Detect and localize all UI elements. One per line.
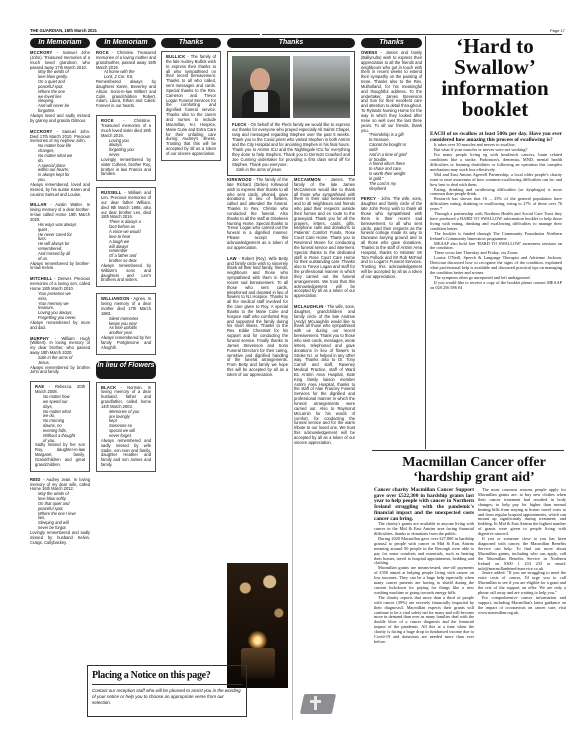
notice-signature: Always loved and sadly missed by granny … [30,114,90,124]
placing-notice-box: Placing a Notice on this page? Contact o… [87,665,247,717]
article-paragraph: Janice added: "If you are struggling to … [478,571,566,596]
notice-signature: Always remembered by brother John and fa… [30,366,90,376]
section-divider [372,450,564,451]
top-rule [30,34,260,35]
notice-body: MURPHY - William Hugh (Wilbert). In lovi… [30,337,90,356]
article-headline-macmillan: Macmillan Cancer offer ‘hardship grant a… [374,455,574,485]
article-paragraph: The charity reports that more than a thi… [374,596,474,645]
article-headline-hard-to-swallow: ‘Hard to Swallow’ information booklet [430,36,560,120]
notice-entry: WILLIAMSON - Agnes. In loving memory of … [96,293,156,354]
notice-text: - The wife, sons, daughter, grandchildre… [294,304,355,445]
notice-verse: Memories of youare lovinglykeptSomeone s… [101,410,151,439]
notice-verse: "Friendship is a giftto treasure,Cannot … [361,133,422,191]
article-paragraph: Macmillan grants are means-tested, one-o… [374,566,474,595]
section-header-thanks: Thanks [361,38,422,48]
notice-entry: MITCHELL - Denver. Precious memories of … [30,277,90,330]
notice-text: - James and family (Ballynulto) wish to … [361,50,422,133]
verse-line: shepherd [369,187,422,192]
article-hard-to-swallow: EACH of us swallow at least 500x per day… [430,132,562,291]
article-paragraph: Through a partnership with Northern Heal… [430,212,562,232]
masthead: THE GUARDIAN, 18th March 2021 [30,28,260,33]
notice-body: LAW - Robert (Roy). Wife Betty and famil… [227,257,288,378]
notice-entry: LAW - Robert (Roy). Wife Betty and famil… [227,257,288,378]
notice-body: ROCK - Christine. Treasured memories of … [96,51,156,70]
notice-body: REID - Audrey Jean. In loving memory of … [30,478,90,493]
column-divider [292,180,293,720]
notice-body: ROCK - Christine. Treasured memories of … [101,119,151,138]
notice-text: - On behalf of the Fleck family we would… [232,122,350,167]
thanks-column-1: ThanksBULLICK - The family of the late A… [161,38,221,167]
notice-body: PERCY - John. The wife, sons, daughter a… [361,197,422,279]
notice-body: BLACK - Norman. In loving memory of a de… [101,386,151,410]
section-header-thanks: Thanks [161,38,221,48]
notice-body: MCCAMMON - James. The family of the late… [294,178,355,299]
notice-body: OWENS - James and family (Ballynulto) wi… [361,51,422,133]
notice-body: BULLICK - The family of the late Audrey … [166,55,216,157]
article-paragraph: Research has shown that 16 – 23% of the … [430,197,562,212]
notice-text: Contact our reception staff who will be … [92,688,242,706]
notice-signature: Lovingly remembered and sadly missed by … [30,531,90,546]
notice-body: MCLAUGHLIN - The wife, sons, daughter, g… [294,305,355,445]
notice-body: WILLIAMSON - Agnes. In loving memory of … [101,297,151,316]
notice-signature: Always remembered by brother-in-law Kelv… [30,262,90,272]
notice-signature: Always remembered by her family Portglen… [101,336,151,351]
bible-icon [298,690,338,718]
notice-signature: Always remembered by William's sons and … [101,264,151,283]
article-paragraph: During 2020 Macmillan gave over £27,800 … [374,537,474,566]
notice-verse: No matter howwe spend ourdays,No matter … [35,395,85,443]
page-number: Page 17 [550,28,565,33]
notice-text: - The family of the late Richard (Dickie… [227,177,288,250]
notice-signature: Always remembered by mum and dad. [30,321,90,331]
article-paragraph: The most common reasons people apply for… [478,488,566,537]
notice-verse: Silent memorieskeeps you nearAs time unf… [101,317,151,336]
notice-signature: Always remembered, loved and missed, by … [30,183,90,198]
article-paragraph: If you or someone close to you has been … [478,537,566,571]
photo-man-portrait [232,56,290,118]
notice-signature: Always remembered and sadly missed by wi… [101,439,151,468]
thanks-column-3: MCCAMMON - James. The family of the late… [294,178,355,452]
notice-title: Placing a Notice on this page? [92,670,242,681]
article-paragraph: The charity's grants are available to an… [374,522,474,537]
notice-body: MCCRORY - Samuel John (John). Treasured … [30,51,90,70]
notice-text: - John. The wife, sons, daughter and fam… [361,196,422,279]
notice-entry: RUSSELL - William and Len. Precious memo… [96,187,156,287]
article-paragraph: Louise O'Neill, Speech & Language Therap… [430,256,562,276]
notice-signature: Sadly missed by her son Roy, daughter-in… [35,443,85,467]
notice-entry: REID - Audrey Jean. In loving memory of … [30,478,90,546]
notice-entry: BLACK - Norman. In loving memory of a de… [96,382,156,472]
article-macmillan-col-2: The most common reasons people apply for… [478,488,566,616]
notice-verse: May the winds oflove blow gently.On a qu… [30,70,90,114]
article-paragraph: If you would like to receive a copy of t… [430,281,562,291]
notice-verse: There is always aface before usA voice w… [101,220,151,264]
article-paragraph: For many people living eg with head/neck… [430,153,562,173]
notice-entry: RAE - Rebecca. 20th March 2008.No matter… [30,381,90,471]
notice-body: MITCHELL - Denver. Precious memories of … [30,277,90,292]
article-macmillan-col-1: Cancer charity Macmillan Cancer Support … [374,488,474,645]
notice-divider [92,684,242,685]
notice-text: - William and Len. Precious memories of … [101,190,151,219]
notice-text: - Robert (Roy). Wife Betty and family ci… [227,256,288,377]
notice-entry: OWENS - James and family (Ballynulto) wi… [361,51,422,191]
notice-verse: Safe in the arms of jesus. [232,167,350,172]
notice-entry: MURPHY - William Hugh (Wilbert). In lovi… [30,337,90,376]
notice-verse: May the winds oflove blow softly.On that… [30,492,90,531]
notice-signature: Lovingly remembered by sister Colleen, b… [101,158,151,177]
notice-verse: His ways was alwaysquiet ,He never cared… [30,223,90,262]
notice-entry: MILLAR - Austin Walter. In loving memory… [30,203,90,271]
notice-entry: KIRKWOOD - The family of the late Richar… [227,178,288,251]
in-memoriam-column-2: In MemoriamROCK - Christine. Treasured m… [96,38,156,478]
notice-entry: MCCAMMON - James. The family of the late… [294,178,355,299]
notice-entry: MCLAUGHLIN - The wife, sons, daughter, g… [294,305,355,445]
notice-body: MCCRORY - Samuel John. Died 17th March 2… [30,130,90,145]
photo-funeral-procession [293,56,351,118]
notice-verse: No matter how lifechanges,No matter what… [30,144,90,183]
thanks-column-4: ThanksOWENS - James and family (Ballynul… [361,38,422,286]
in-memoriam-column-1: In MemoriamMCCRORY - Samuel John (John).… [30,38,90,551]
notice-entry: ROCK - Christine. Treasured memories of … [96,51,156,109]
notice-entry: BULLICK - The family of the late Audrey … [161,51,221,161]
notice-body: KIRKWOOD - The family of the late Richar… [227,178,288,251]
section-header-in-memoriam: In Memoriam [30,38,90,48]
notice-body: RUSSELL - William and Len. Precious memo… [101,191,151,220]
notice-entry: MCCRORY - Samuel John. Died 17th March 2… [30,130,90,198]
notice-body: MILLAR - Austin Walter. In loving memory… [30,203,90,222]
article-paragraph: Mid and East Antrim Agewell Partnership,… [430,173,562,188]
thanks-column-2: KIRKWOOD - The family of the late Richar… [227,178,288,384]
section-header-thanks: Thanks [227,38,355,48]
column-divider [425,36,426,449]
notice-entry: PERCY - John. The wife, sons, daughter a… [361,197,422,279]
notice-verse: Your presence wemiss,Your memory wetreas… [30,292,90,321]
section-header-in-memoriam: In Memoriam [96,38,156,48]
section-header-in-lieu-of-flowers: In lieu of Flowers [96,361,156,379]
notice-entry: MCCRORY - Samuel John (John). Treasured … [30,51,90,124]
thanks-column-wide: Thanks FLECK - On behalf of the Fleck fa… [227,38,355,182]
notice-entry: ROCK - Christine. Treasured memories of … [96,115,156,181]
article-lead: Cancer charity Macmillan Cancer Support … [374,488,474,522]
article-paragraph: For comprehensive cancer information and… [478,596,566,616]
notice-text: - The family of the late Audrey Bullick … [166,54,216,156]
notice-verse: Loving youalways,forgetting younever. [101,139,151,158]
notice-text: - James. The family of the late James Mc… [294,177,355,298]
notice-signature: Remembered always by daughters Karen, Be… [96,80,156,109]
fleck-notice: FLECK - On behalf of the Fleck family we… [227,51,355,176]
